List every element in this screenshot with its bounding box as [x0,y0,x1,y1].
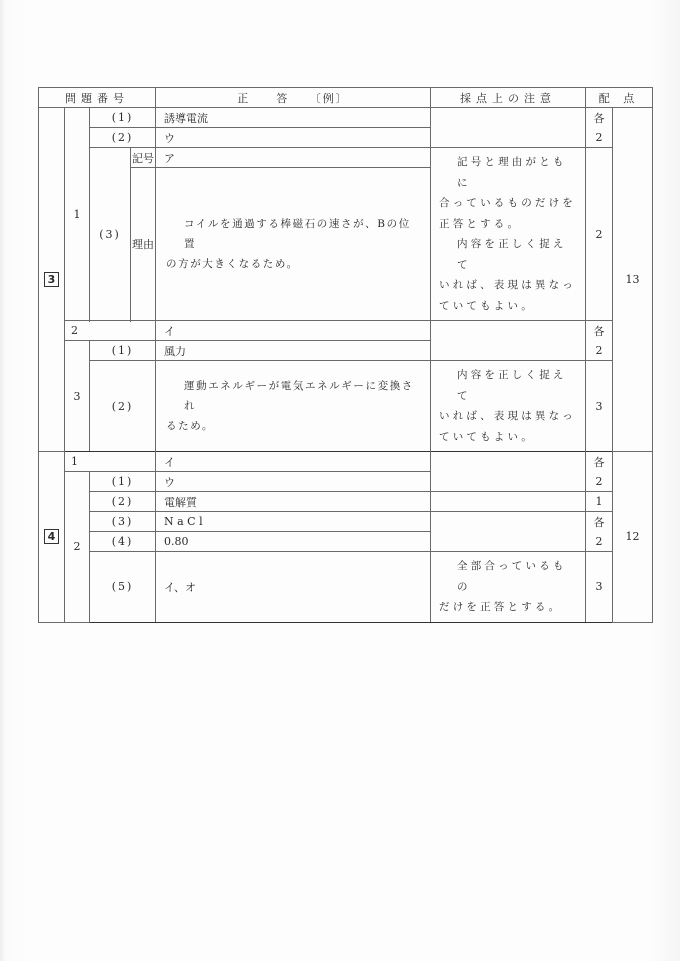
q3-2-note [431,321,586,361]
q3-1-1-answer: 誘導電流 [156,108,431,128]
q3-2-points: 各2 [586,321,613,361]
q3-3-2-answer: 運動エネルギーが電気エネルギーに変換され るため。 [156,361,431,452]
section-4-total: 12 [613,452,653,623]
q3-1-3-symbol-answer: ア [156,148,431,168]
q4-1-points: 各2 [586,452,613,492]
q3-1-12-note [431,108,586,148]
q4-2-3-sub: (3) [90,512,156,532]
q4-2-4-answer: 0.80 [156,532,431,552]
q3-3-2-points: 3 [586,361,613,452]
section-3-total: 13 [613,108,653,452]
q3-1-3-note: 記号と理由がともに 合っているものだけを 正答とする。 内容を正しく捉えて いれ… [431,148,586,321]
table-row: 2 イ 各2 [39,321,653,341]
q3-3-2-note: 内容を正しく捉えて いれば、表現は異なっ ていてもよい。 [431,361,586,452]
q3-1-2-sub: (2) [90,128,156,148]
symbol-label: 記号 [131,148,156,168]
q4-2-3-answer: N a C l [156,512,431,532]
q3-2-answer: イ [156,321,431,341]
q4-2-34-note [431,512,586,552]
table-row: 3 1 (1) 誘導電流 各2 13 [39,108,653,128]
q3-3-num: 3 [65,341,90,452]
q4-1-note [431,452,586,492]
header-row: 問題番号 正 答 〔例〕 採点上の注意 配 点 [39,88,653,108]
q4-2-5-sub: (5) [90,552,156,623]
q4-2-num: 2 [65,472,90,623]
q3-1-1-sub: (1) [90,108,156,128]
header-question-number: 問題番号 [39,88,156,108]
q3-3-1-sub: (1) [90,341,156,361]
q4-2-2-note [431,492,586,512]
q3-1-num: 1 [65,108,90,321]
q4-2-4-sub: (4) [90,532,156,552]
q4-1-num: 1 [65,452,156,472]
table-row: (3) 記号 ア 記号と理由がともに 合っているものだけを 正答とする。 内容を… [39,148,653,168]
section-3-label: 3 [39,108,65,452]
q3-1-2-answer: ウ [156,128,431,148]
q4-2-2-sub: (2) [90,492,156,512]
q4-2-1-sub: (1) [90,472,156,492]
q4-2-5-points: 3 [586,552,613,623]
q3-1-3-reason-answer: コイルを通過する棒磁石の速さが、Bの位置 の方が大きくなるため。 [156,168,431,321]
table-row: (2) 電解質 1 [39,492,653,512]
q3-2-num: 2 [65,321,156,341]
reason-label: 理由 [131,168,156,321]
q3-3-2-sub: (2) [90,361,156,452]
table-row: (5) イ、オ 全部合っているもの だけを正答とする。 3 [39,552,653,623]
header-correct-answer: 正 答 〔例〕 [156,88,431,108]
q3-1-3-sub: (3) [90,148,131,321]
q4-2-2-points: 1 [586,492,613,512]
header-scoring-notes: 採点上の注意 [431,88,586,108]
q3-3-1-answer: 風力 [156,341,431,361]
section-4-label: 4 [39,452,65,623]
q4-2-34-points: 各2 [586,512,613,552]
q4-2-5-answer: イ、オ [156,552,431,623]
table-row: (3) N a C l 各2 [39,512,653,532]
q3-1-12-points: 各2 [586,108,613,148]
q4-2-1-answer: ウ [156,472,431,492]
q4-2-2-answer: 電解質 [156,492,431,512]
q3-1-3-points: 2 [586,148,613,321]
answer-key-table: 問題番号 正 答 〔例〕 採点上の注意 配 点 3 1 (1) 誘導電流 各2 … [38,87,653,623]
q4-2-5-note: 全部合っているもの だけを正答とする。 [431,552,586,623]
table-row: (2) 運動エネルギーが電気エネルギーに変換され るため。 内容を正しく捉えて … [39,361,653,452]
header-points: 配 点 [586,88,653,108]
table-row: 4 1 イ 各2 12 [39,452,653,472]
q4-1-answer: イ [156,452,431,472]
